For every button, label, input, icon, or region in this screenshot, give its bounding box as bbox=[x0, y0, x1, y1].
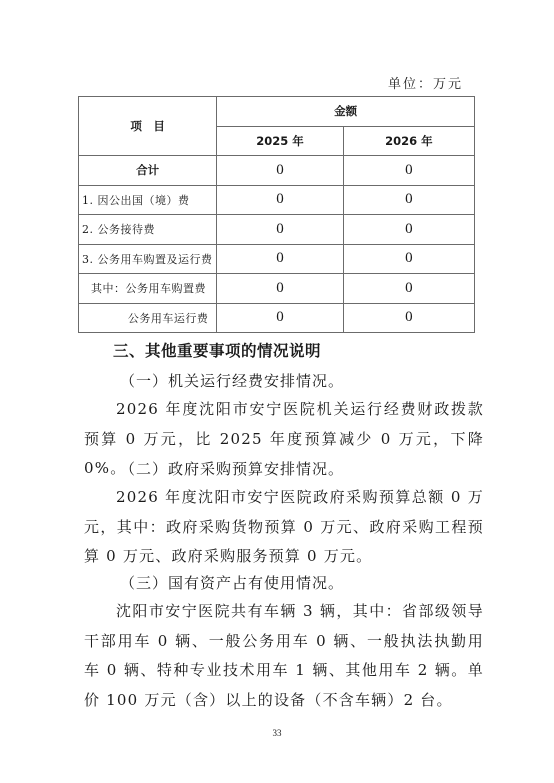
header-year-2025: 2025 年 bbox=[217, 126, 343, 156]
header-year-2026: 2026 年 bbox=[343, 126, 474, 156]
row-label: 合计 bbox=[79, 156, 217, 186]
budget-table: 项 目 金额 2025 年 2026 年 合计 0 0 1. 因公出国（境）费 … bbox=[78, 96, 475, 333]
unit-label: 单位：万元 bbox=[388, 73, 463, 92]
cell-2025: 0 bbox=[217, 244, 343, 274]
row-label: 公务用车运行费 bbox=[79, 303, 217, 333]
table-header-row: 项 目 金额 bbox=[79, 97, 475, 127]
subsection-text-2: 2026 年度沈阳市安宁医院政府采购预算总额 0 万元，其中：政府采购货物预算 … bbox=[84, 483, 484, 572]
table-row: 其中：公务用车购置费 0 0 bbox=[79, 274, 475, 304]
subsection-title-1: （一）机关运行经费安排情况。 bbox=[120, 370, 344, 391]
row-label: 1. 因公出国（境）费 bbox=[79, 185, 217, 215]
subsection-title-2: （二）政府采购预算安排情况。 bbox=[120, 458, 344, 479]
cell-2026: 0 bbox=[343, 244, 474, 274]
row-label: 2. 公务接待费 bbox=[79, 215, 217, 245]
cell-2026: 0 bbox=[343, 156, 474, 186]
cell-2025: 0 bbox=[217, 274, 343, 304]
table-row: 2. 公务接待费 0 0 bbox=[79, 215, 475, 245]
cell-2026: 0 bbox=[343, 185, 474, 215]
cell-2026: 0 bbox=[343, 274, 474, 304]
cell-2025: 0 bbox=[217, 303, 343, 333]
subsection-text-3: 沈阳市安宁医院共有车辆 3 辆，其中：省部级领导干部用车 0 辆、一般公务用车 … bbox=[84, 597, 484, 715]
cell-2025: 0 bbox=[217, 156, 343, 186]
header-amount: 金额 bbox=[217, 97, 475, 127]
table-row: 公务用车运行费 0 0 bbox=[79, 303, 475, 333]
page-number: 33 bbox=[0, 728, 554, 738]
table-row-total: 合计 0 0 bbox=[79, 156, 475, 186]
table-row: 3. 公务用车购置及运行费 0 0 bbox=[79, 244, 475, 274]
header-item: 项 目 bbox=[79, 97, 217, 156]
table-row: 1. 因公出国（境）费 0 0 bbox=[79, 185, 475, 215]
section-title: 三、其他重要事项的情况说明 bbox=[113, 339, 321, 361]
subsection-title-3: （三）国有资产占有使用情况。 bbox=[120, 572, 344, 593]
cell-2025: 0 bbox=[217, 185, 343, 215]
cell-2025: 0 bbox=[217, 215, 343, 245]
cell-2026: 0 bbox=[343, 215, 474, 245]
row-label: 3. 公务用车购置及运行费 bbox=[79, 244, 217, 274]
cell-2026: 0 bbox=[343, 303, 474, 333]
row-label: 其中：公务用车购置费 bbox=[79, 274, 217, 304]
